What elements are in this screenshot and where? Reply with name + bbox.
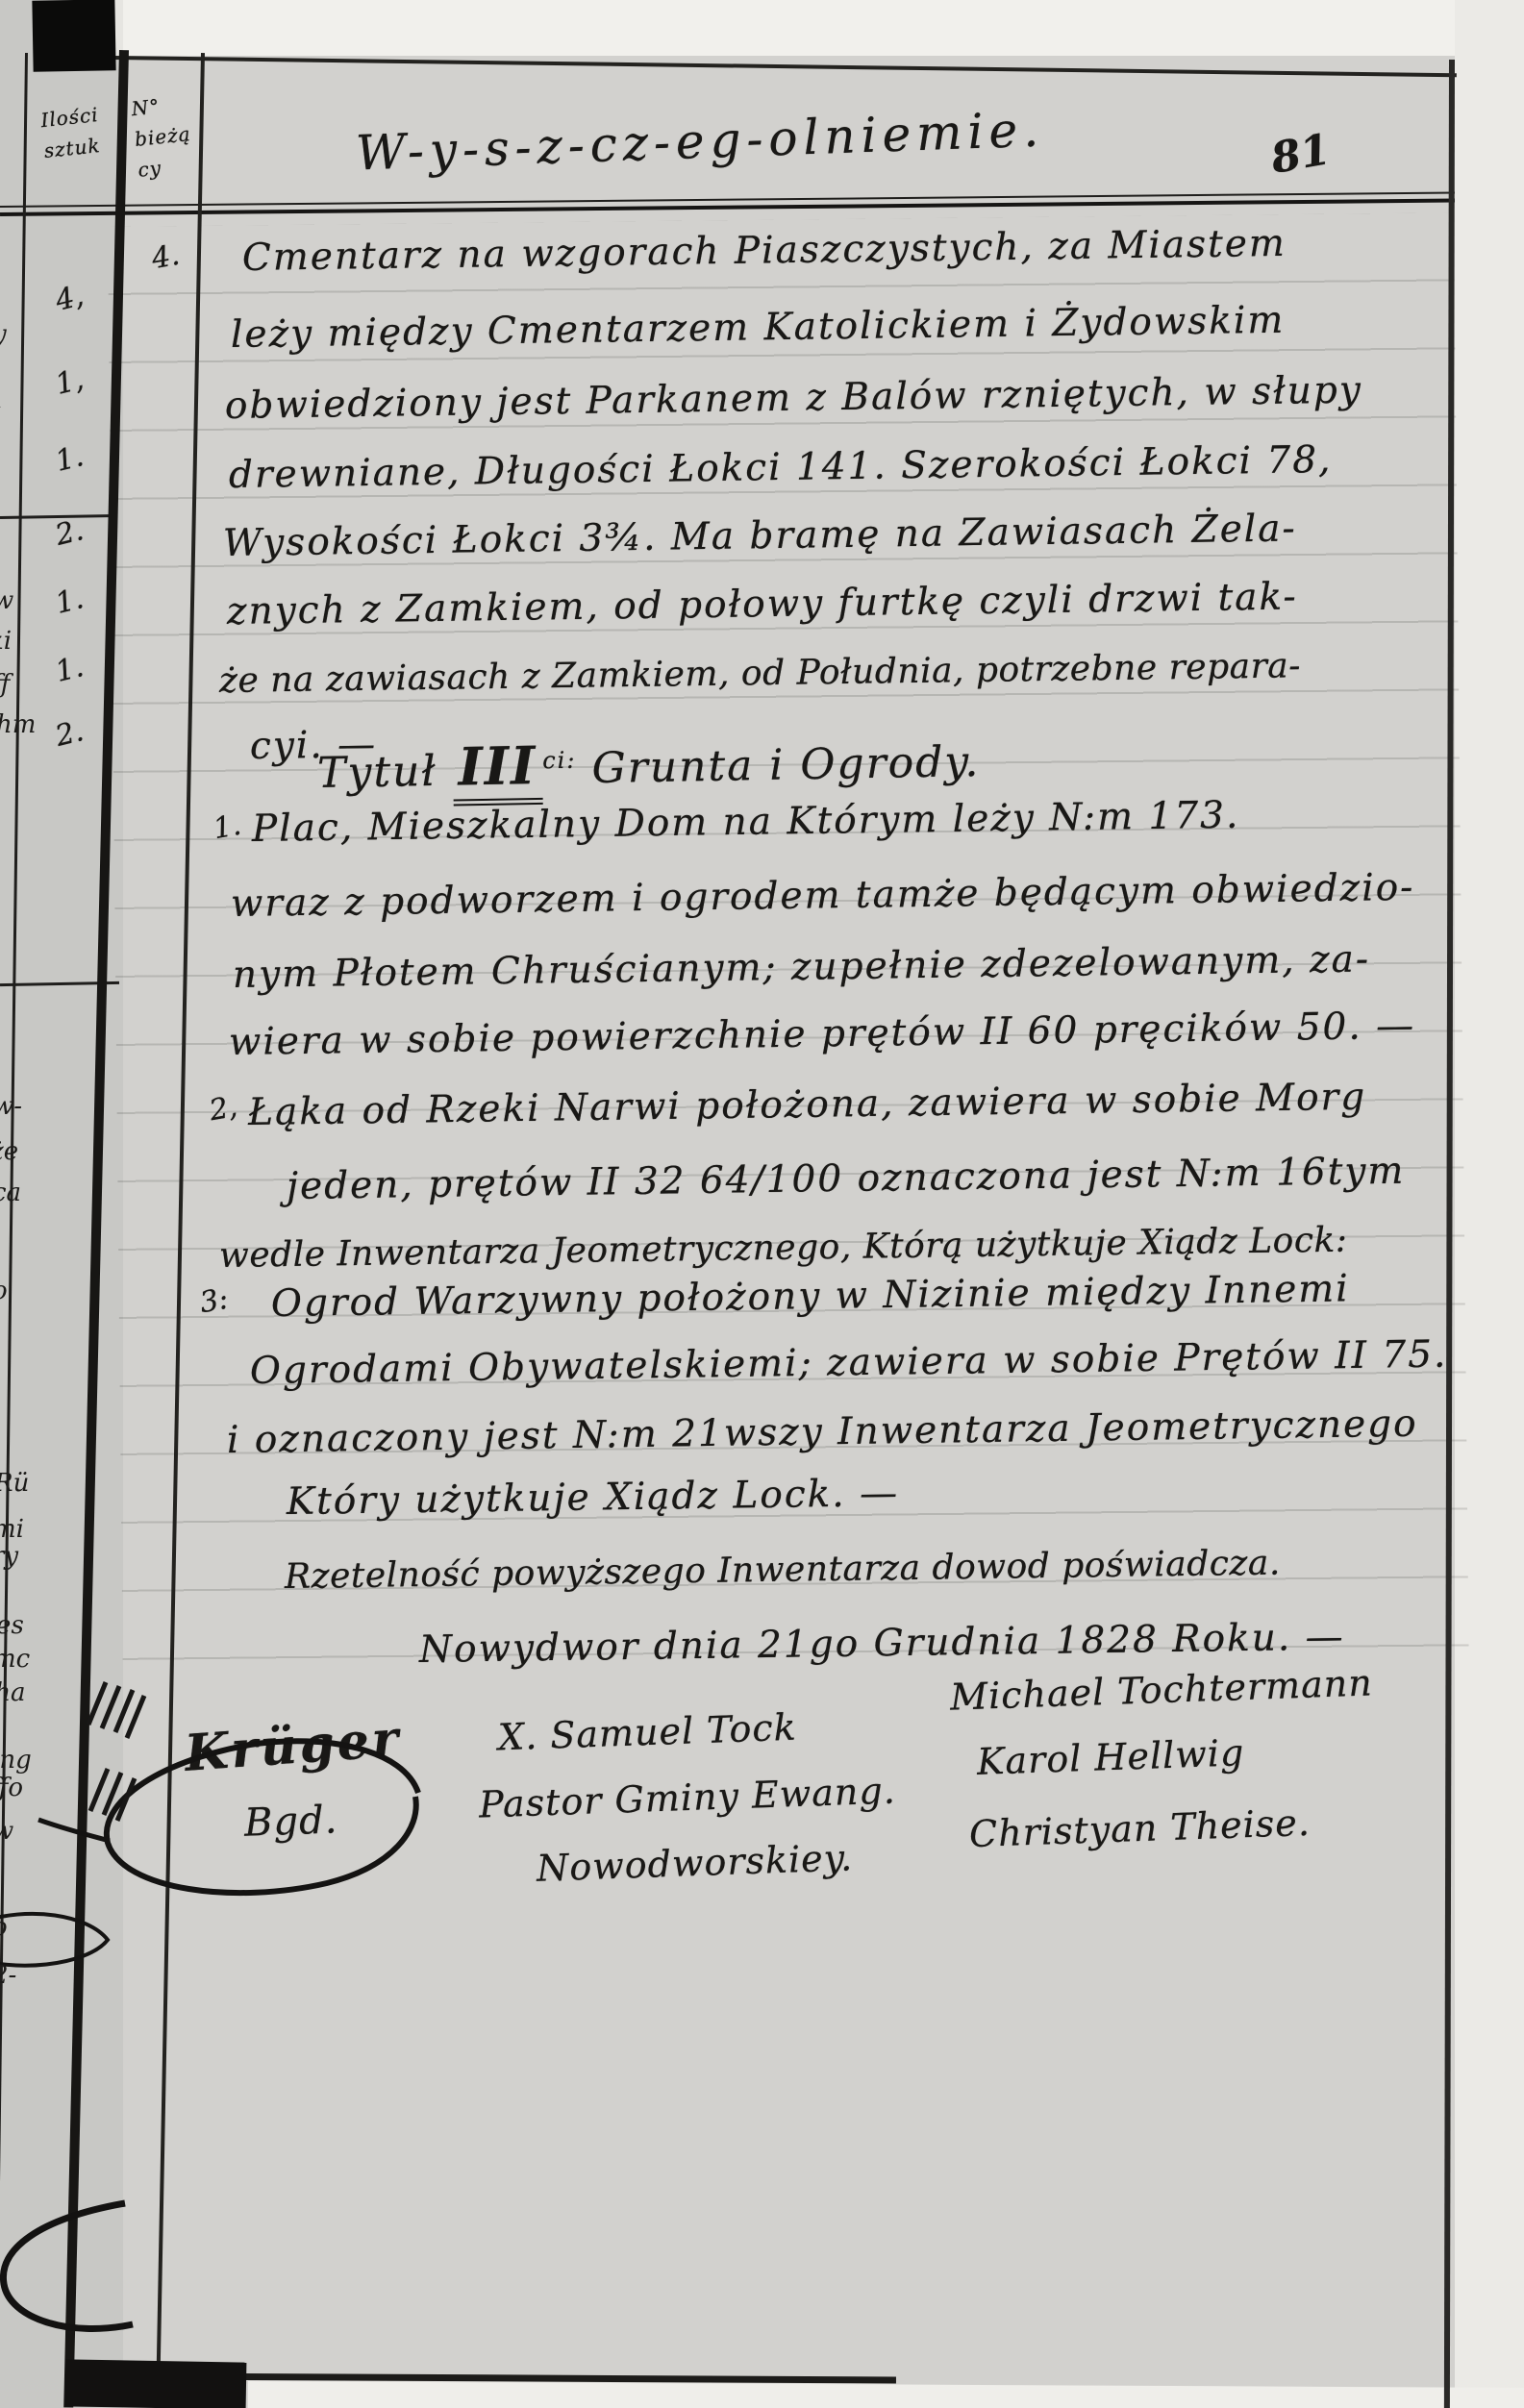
edge-fragment: ca [0,1179,21,1207]
item2-number: 2, [207,1090,239,1128]
edge-fragment: w- [0,1092,22,1121]
edge-fragment: Rü [0,1469,29,1498]
number-header-line2: bieżą [133,118,192,155]
signature-hellwig: Karol Hellwig [976,1731,1245,1783]
section-heading: Tytuł IIIci: Grunta i Ogrody. [316,727,980,800]
edge-fragment: ki [0,627,12,656]
edge-fragment: y [0,320,7,349]
ink-blot-bottom [65,2359,247,2408]
binding-mark [32,0,115,72]
scan-edge-right [1455,0,1524,2408]
signature-samuel-tock: X. Samuel Tock [497,1706,797,1759]
header-double-rule-lower [0,198,1455,216]
edge-fragment: w [0,1817,13,1846]
section-heading-suffix: ci: [542,747,577,775]
edge-fragment: lha [0,1678,26,1707]
edge-fragment: mc [0,1645,30,1674]
edge-fragment: ff [0,670,10,699]
flourish-swirl-icon [0,2192,144,2346]
edge-fragment: 2- [0,1961,16,1990]
section-heading-rest: Grunta i Ogrody. [591,737,981,793]
number-header-line3: cy [137,149,196,186]
margin-item-number: 4. [149,238,182,276]
edge-fragment: o [0,1913,8,1942]
edge-fragment: w [0,586,13,615]
signature-pastor-title: Pastor Gminy Ewang. [478,1769,896,1825]
item1-number: 1. [211,808,243,846]
page-title: W-y-s-z-cz-eg-olniemie. [355,102,1045,182]
edge-fragment: ry [0,1542,18,1571]
edge-fragment: eng [0,1746,32,1775]
edge-fragment: hm [0,710,36,739]
quantity-header-line2: sztuk [42,130,103,166]
edge-fragment: jes [0,1611,24,1640]
section-heading-prefix: Tytuł [317,747,437,798]
scan-edge-top [113,0,1524,56]
item3-line: Który użytkuje Xiądz Lock. — [287,1472,900,1524]
edge-fragment: że [0,1137,18,1166]
flourish-loop-icon [0,1901,115,1978]
edge-fragment: ffo [0,1774,23,1802]
page-top-border [113,56,1457,77]
scan-edge-bottom [248,2381,1524,2408]
signature-theise: Christyan Theise. [968,1801,1311,1855]
edge-fragment: mi [0,1515,24,1544]
tally-marks-icon [79,1680,156,1844]
item3-number: 3: [197,1282,231,1321]
edge-fragment: o [0,1277,8,1305]
page-number: 81 [1267,125,1334,184]
margin-col-number-header: N° bieżą cy [130,87,195,186]
margin-col-quantity-header: Ilości sztuk [39,99,104,166]
signature-parish-name: Nowodworskiey. [536,1836,853,1889]
section-heading-numeral: III [452,734,543,807]
scanned-document-page: Ilości sztuk N° bieżą cy 4. 4, 1, 1. 2. … [0,0,1524,2408]
